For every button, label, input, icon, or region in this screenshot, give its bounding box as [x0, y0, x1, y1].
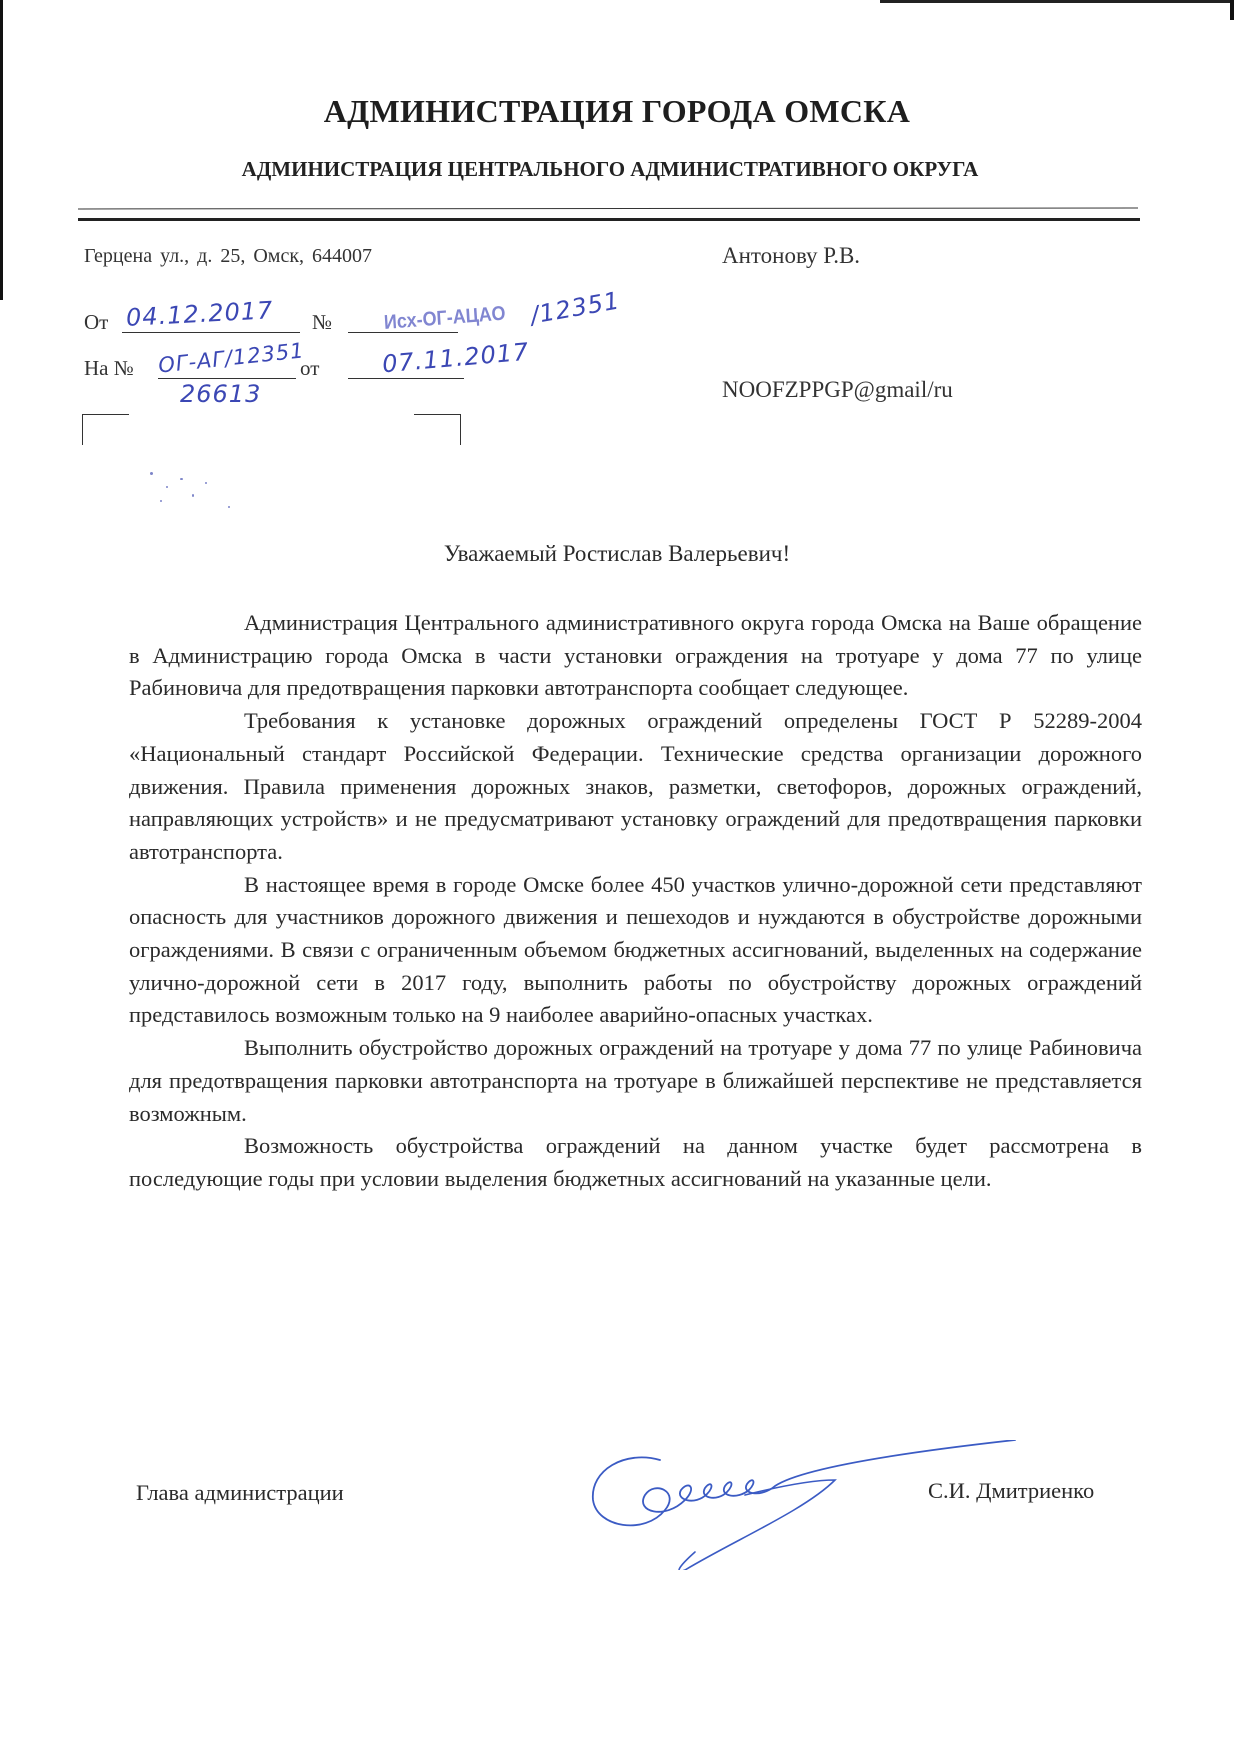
letterhead-subtitle: АДМИНИСТРАЦИЯ ЦЕНТРАЛЬНОГО АДМИНИСТРАТИВ… — [160, 157, 1060, 182]
address-bracket-right — [414, 414, 461, 445]
signatory-position: Глава администрации — [136, 1480, 344, 1506]
address-bracket-left — [82, 414, 129, 445]
incoming-number-label: На № — [84, 356, 134, 381]
signatory-name: С.И. Дмитриенко — [928, 1478, 1094, 1504]
outgoing-date-handwritten: 04.12.2017 — [125, 296, 274, 332]
letterhead-rule-thick — [78, 218, 1140, 221]
letter-body: Администрация Центрального административ… — [129, 607, 1142, 1196]
scan-edge-top — [880, 0, 1234, 3]
outgoing-number-stamp: Исх-ОГ-АЦАО — [383, 303, 506, 335]
incoming-number-underline — [158, 378, 296, 379]
paragraph: В настоящее время в городе Омске более 4… — [129, 869, 1142, 1033]
scan-edge-left — [0, 0, 3, 300]
incoming-date-label: от — [300, 356, 319, 381]
incoming-number-extra: 26613 — [180, 380, 261, 408]
from-label: От — [84, 310, 108, 335]
handwritten-signature-icon — [585, 1440, 1025, 1570]
number-label: № — [312, 310, 332, 335]
incoming-number-handwritten: ОГ-АГ/12351 — [157, 338, 305, 377]
outgoing-number-handwritten: /12351 — [528, 286, 622, 329]
recipient-email: NOOFZPPGP@gmail/ru — [722, 377, 953, 403]
recipient-name: Антонову Р.В. — [722, 243, 860, 269]
letterhead-rule-thin — [78, 208, 1138, 210]
salutation: Уважаемый Ростислав Валерьевич! — [0, 541, 1234, 567]
sender-address: Герцена ул., д. 25, Омск, 644007 — [84, 245, 372, 268]
incoming-date-underline — [348, 378, 464, 379]
paragraph: Требования к установке дорожных огражден… — [129, 705, 1142, 869]
incoming-date-handwritten: 07.11.2017 — [381, 338, 530, 379]
scan-edge-right — [1230, 0, 1234, 20]
paragraph: Возможность обустройства ограждений на д… — [129, 1130, 1142, 1195]
letterhead-title: АДМИНИСТРАЦИЯ ГОРОДА ОМСКА — [0, 93, 1234, 130]
paragraph: Выполнить обустройство дорожных огражден… — [129, 1032, 1142, 1130]
from-date-underline — [122, 332, 300, 333]
paragraph: Администрация Центрального административ… — [129, 607, 1142, 705]
